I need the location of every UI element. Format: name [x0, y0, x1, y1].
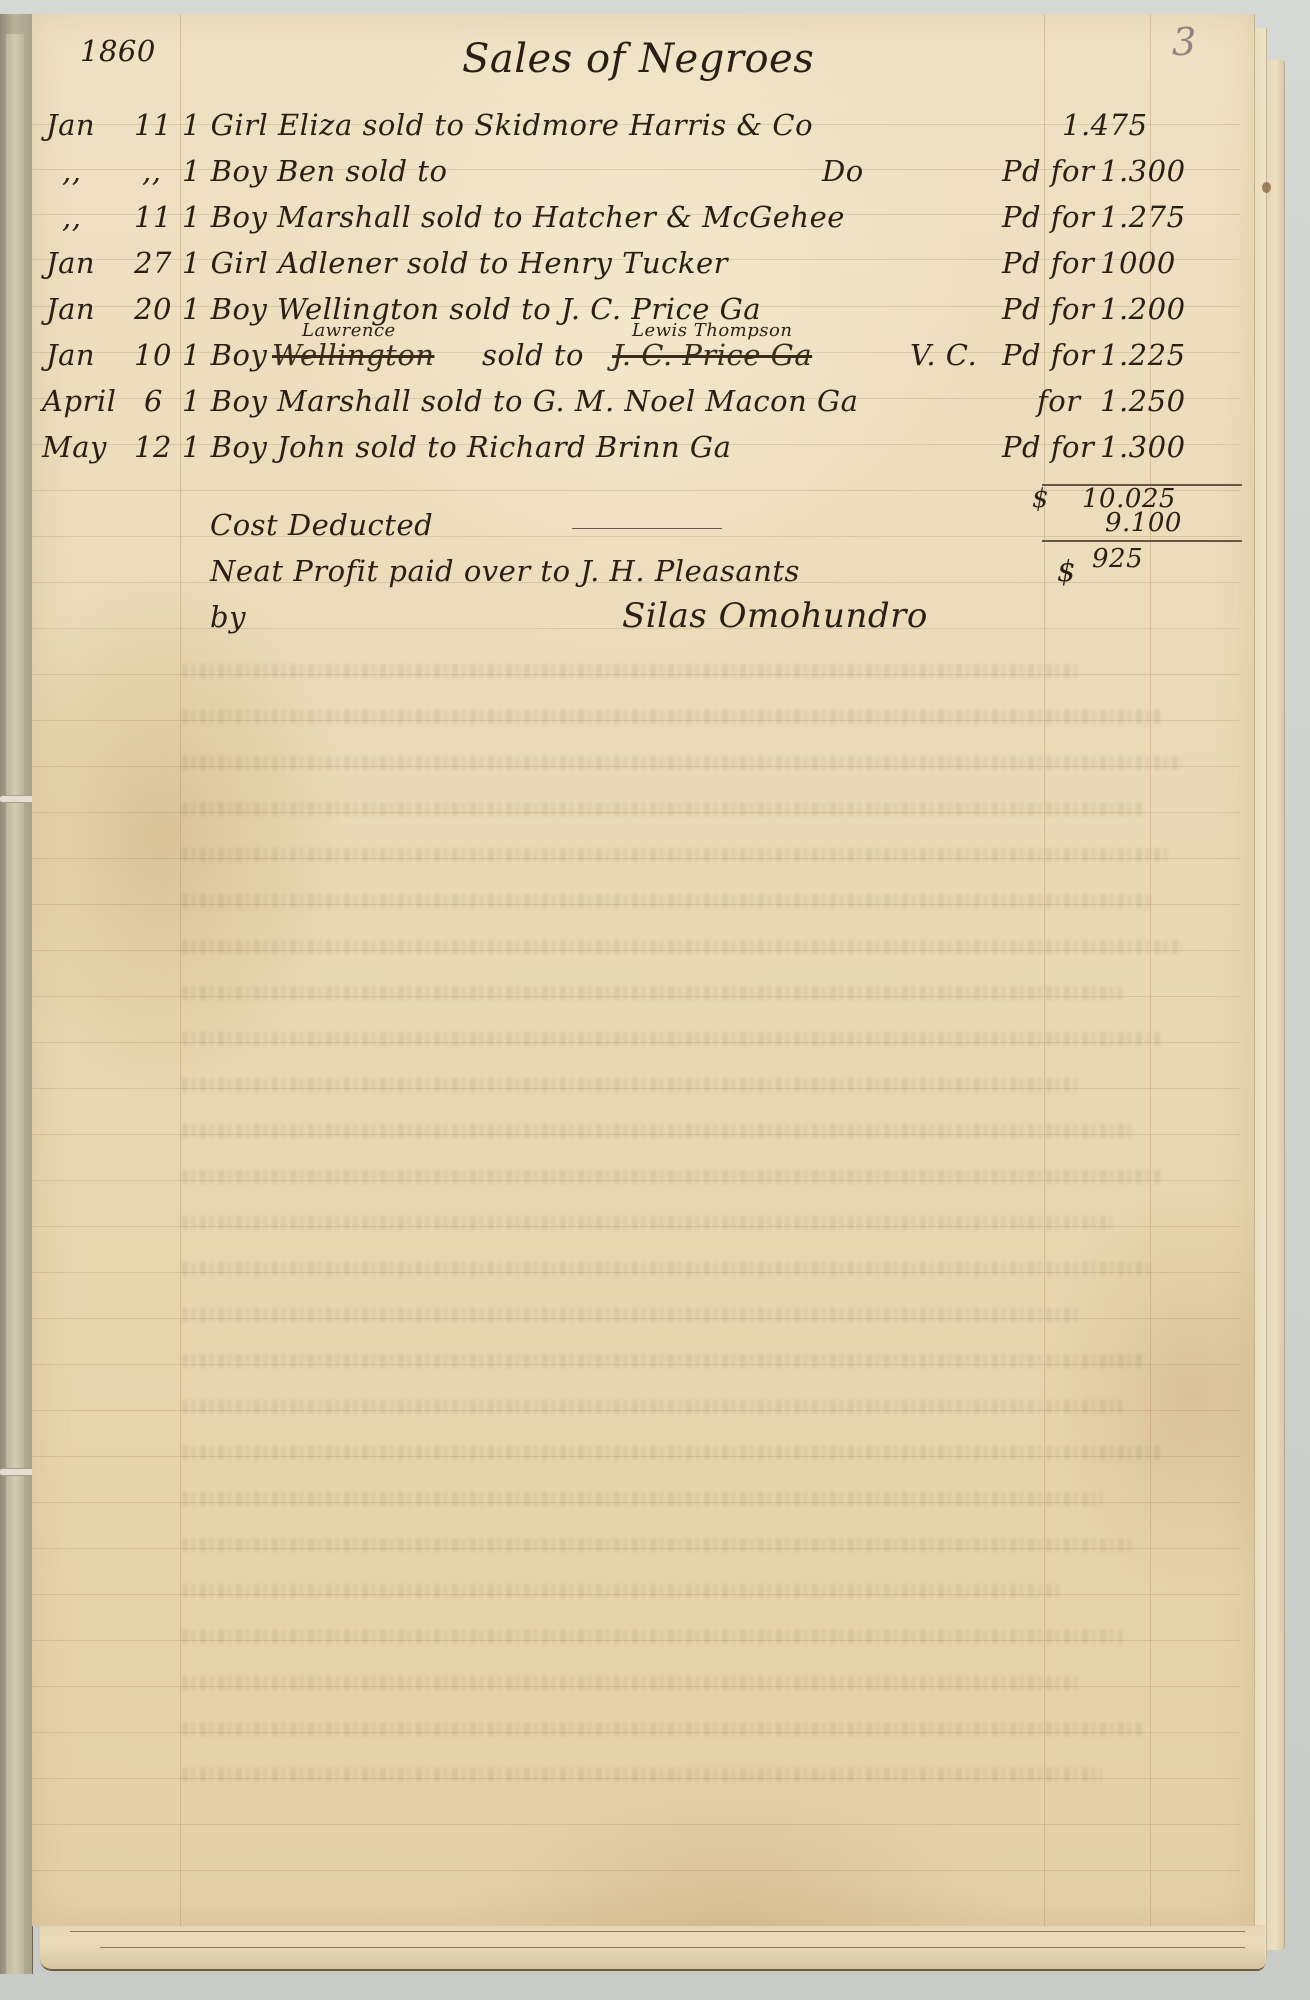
- book-binding: [0, 14, 33, 1974]
- bleed-through-text: [182, 940, 1182, 954]
- entry-month: Jan: [46, 338, 95, 372]
- cost-amount: 9.100: [1105, 508, 1182, 538]
- entry-price-prefix: Pd for: [1002, 338, 1094, 372]
- entry-description: 1 Girl Eliza sold to Skidmore Harris & C…: [182, 108, 813, 142]
- entry-month: Jan: [46, 108, 95, 142]
- scanned-ledger-image: 3 1860 Sales of Negroes Jan 11 1 Girl El…: [0, 0, 1310, 2000]
- bleed-through-text: [182, 1216, 1112, 1230]
- struck-name: Wellington: [272, 338, 434, 372]
- entry-day: 12: [134, 430, 172, 464]
- net-profit-amount: 925: [1092, 544, 1143, 574]
- entry-day: 11: [134, 200, 172, 234]
- page-stack-bottom: [40, 1925, 1265, 1971]
- entry-month: ,,: [62, 200, 81, 234]
- bleed-through-text: [182, 1262, 1152, 1276]
- entry-amount: 1.300: [1100, 154, 1186, 188]
- entry-description: 1 Boy John sold to Richard Brinn Ga: [182, 430, 731, 464]
- entry-price-prefix: Pd for: [1002, 292, 1094, 326]
- bleed-through-text: [182, 1446, 1162, 1460]
- entry-day: 27: [134, 246, 172, 280]
- bleed-through-text: [182, 1308, 1082, 1322]
- entry-day: 11: [134, 108, 172, 142]
- entry-amount: 1.475: [1062, 108, 1148, 142]
- ledger-page: 3 1860 Sales of Negroes Jan 11 1 Girl El…: [32, 14, 1255, 1926]
- entry-description: 1 Boy Marshall sold to Hatcher & McGehee: [182, 200, 845, 234]
- bleed-through-text: [182, 664, 1082, 678]
- entry-day: 20: [134, 292, 172, 326]
- bleed-through-text: [182, 894, 1152, 908]
- bleed-through-text: [182, 1400, 1122, 1414]
- page-number: 3: [1172, 20, 1196, 64]
- signature-name: Silas Omohundro: [622, 596, 928, 636]
- entry-amount: 1.200: [1100, 292, 1186, 326]
- bleed-through-text: [182, 1354, 1142, 1368]
- bleed-through-text: [182, 986, 1122, 1000]
- bleed-through-text: [182, 848, 1172, 862]
- entry-description: 1 Boy Ben sold to: [182, 154, 447, 188]
- bleed-through-text: [182, 756, 1182, 770]
- entry-amount: 1.300: [1100, 430, 1186, 464]
- bleed-through-text: [182, 710, 1162, 724]
- ledger-title: Sales of Negroes: [462, 36, 814, 82]
- struck-buyer: J. C. Price Ga: [612, 338, 812, 372]
- ink-spot: [1262, 182, 1271, 193]
- entry-month: May: [42, 430, 107, 464]
- bleed-through-text: [182, 1538, 1132, 1552]
- difference-underline: [1042, 540, 1242, 542]
- bleed-through-text: [182, 1170, 1162, 1184]
- entry-amount: 1000: [1100, 246, 1176, 280]
- cost-label: Cost Deducted: [210, 508, 433, 542]
- entry-amount: 1.225: [1100, 338, 1186, 372]
- bleed-through-text: [182, 1584, 1062, 1598]
- bleed-through-text: [182, 1492, 1102, 1506]
- bleed-through-text: [182, 1124, 1132, 1138]
- entry-day: ,,: [142, 154, 161, 188]
- entry-description: 1 Boy Marshall sold to G. M. Noel Macon …: [182, 384, 858, 418]
- bleed-through-text: [182, 1630, 1122, 1644]
- entry-description-mid: sold to: [482, 338, 584, 372]
- entry-day: 10: [134, 338, 172, 372]
- entry-amount: 1.275: [1100, 200, 1186, 234]
- entry-amount: 1.250: [1100, 384, 1186, 418]
- bleed-through-text: [182, 1078, 1082, 1092]
- entry-price-prefix: Pd for: [1002, 200, 1094, 234]
- ledger-year: 1860: [80, 34, 156, 68]
- net-currency: $: [1057, 554, 1076, 588]
- bleed-through-text: [182, 802, 1142, 816]
- entry-price-prefix: Pd for: [1002, 246, 1094, 280]
- bleed-through-text: [182, 1768, 1102, 1782]
- entry-day: 6: [144, 384, 163, 418]
- entry-description: 1 Girl Adlener sold to Henry Tucker: [182, 246, 728, 280]
- entry-month: Jan: [46, 292, 95, 326]
- entry-price-prefix: Pd for: [1002, 430, 1094, 464]
- bleed-through-text: [182, 1032, 1162, 1046]
- entry-price-prefix: for: [1037, 384, 1081, 418]
- entry-price-prefix: Pd for: [1002, 154, 1094, 188]
- gross-currency: $: [1032, 484, 1049, 514]
- bleed-through-text: [182, 1676, 1082, 1690]
- net-profit-label: Neat Profit paid over to J. H. Pleasants: [210, 554, 800, 588]
- bleed-through-text: [182, 1722, 1142, 1736]
- entry-description-suffix: V. C.: [910, 338, 977, 372]
- signature-by-label: by: [210, 600, 246, 634]
- entry-description-prefix: 1 Boy: [182, 338, 267, 372]
- entry-buyer-ditto: Do: [822, 154, 864, 188]
- entry-month: Jan: [46, 246, 95, 280]
- entry-month: ,,: [62, 154, 81, 188]
- entry-month: April: [42, 384, 116, 418]
